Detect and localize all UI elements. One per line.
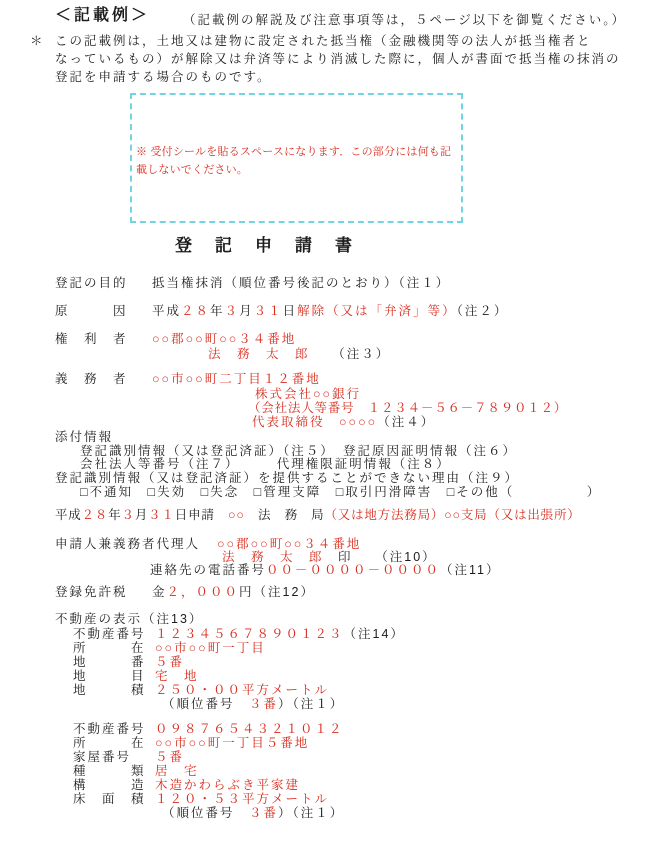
property2-type-value: 居 宅: [155, 764, 199, 779]
description-line-2: なっているもの）が解除又は弁済等により消滅した際に，個人が書面で抵当権の抹消の: [55, 52, 621, 67]
example-heading-note: （記載例の解説及び注意事項等は，５ページ以下を御覧ください。）: [183, 13, 626, 28]
obligor-address: ○○市○○町二丁目１２番地: [152, 372, 321, 387]
property1-number-label: 不動産番号: [73, 627, 146, 642]
receipt-seal-space-box: ※ 受付シールを貼るスペースになります．この部分には何も記載しないでください。: [130, 93, 463, 223]
property-section-heading: 不動産の表示（注13）: [55, 612, 203, 627]
purpose-value: 抵当権抹消（順位番号後記のとおり）（注１）: [152, 276, 450, 291]
property2-rank-line: （順位番号 ３番）（注１）: [162, 806, 344, 821]
property1-category-value: 宅 地: [155, 669, 199, 684]
property1-category-label: 地 目: [73, 669, 146, 684]
agent-phone: 連絡先の電話番号００－００００－００００（注11）: [150, 563, 501, 578]
property1-location-value: ○○市○○町一丁目: [155, 641, 266, 656]
property2-number-label: 不動産番号: [73, 722, 146, 737]
attachments-heading: 添付情報: [55, 430, 113, 445]
property1-lot-label: 地 番: [73, 655, 146, 670]
obligor-label: 義 務 者: [55, 372, 128, 387]
property1-location-label: 所 在: [73, 641, 146, 656]
property2-number-value: ０９８７６５４３２１０１２: [155, 722, 344, 737]
property1-number-value: １２３４５６７８９０１２３（注14）: [155, 627, 405, 642]
example-heading: ＜記載例＞: [55, 8, 150, 23]
property2-structure-value: 木造かわらぶき平家建: [155, 778, 300, 793]
tax-value: 金２，０００円（注12）: [152, 585, 315, 600]
property2-floorarea-value: １２０・５３平方メートル: [155, 792, 329, 807]
obligor-company-name: 株式会社○○銀行: [255, 387, 361, 402]
property2-floorarea-label: 床 面 積: [73, 792, 146, 807]
property1-area-label: 地 積: [73, 683, 146, 698]
attachments-line-2: 会社法人等番号（注７） 代理権限証明情報（注８）: [80, 457, 451, 472]
agent-label: 申請人兼義務者代理人: [55, 537, 200, 552]
obligee-address: ○○郡○○町○○３４番地: [152, 332, 296, 347]
identification-reason-heading: 登記識別情報（又は登記済証）を提供することができない理由（注９）: [55, 471, 519, 486]
obligor-representative: 代表取締役 ○○○○（注４）: [252, 415, 435, 430]
application-date-line: 平成２８年３月３１日申請 ○○ 法 務 局（又は地方法務局）○○支局（又は出張所…: [55, 508, 581, 523]
tax-label: 登録免許税: [55, 585, 128, 600]
form-title: 登 記 申 請 書: [175, 238, 355, 253]
property1-area-value: ２５０・００平方メートル: [155, 683, 329, 698]
cause-label: 原 因: [55, 304, 128, 319]
property1-rank-line: （順位番号 ３番）（注１）: [162, 697, 344, 712]
description-bullet: ＊: [30, 34, 45, 49]
property2-type-label: 種 類: [73, 764, 146, 779]
property2-location-label: 所 在: [73, 736, 146, 751]
obligee-name: 法 務 太 郎 （注３）: [208, 347, 390, 362]
purpose-label: 登記の目的: [55, 276, 128, 291]
reason-checkbox-row: □不通知 □失効 □失念 □管理支障 □取引円滑障害 □その他（ ）: [80, 485, 601, 500]
obligee-label: 権 利 者: [55, 332, 128, 347]
property2-location-value: ○○市○○町一丁目５番地: [155, 736, 309, 751]
property2-housenumber-label: 家屋番号: [73, 750, 131, 765]
description-line-1: この記載例は，土地又は建物に設定された抵当権（金融機関等の法人が抵当権者と: [55, 34, 592, 49]
property2-housenumber-value: ５番: [155, 750, 184, 765]
property2-structure-label: 構 造: [73, 778, 146, 793]
document-page: ＜記載例＞ （記載例の解説及び注意事項等は，５ページ以下を御覧ください。） ＊ …: [0, 0, 665, 852]
description-line-3: 登記を申請する場合のものです。: [55, 70, 272, 85]
property1-lot-value: ５番: [155, 655, 184, 670]
seal-space-note: ※ 受付シールを貼るスペースになります．この部分には何も記載しないでください。: [136, 143, 458, 179]
cause-value: 平成２８年３月３１日解除（又は「弁済」等）（注２）: [152, 304, 508, 319]
obligor-corp-number: （会社法人等番号 １２３４－５６－７８９０１２）: [248, 401, 567, 416]
